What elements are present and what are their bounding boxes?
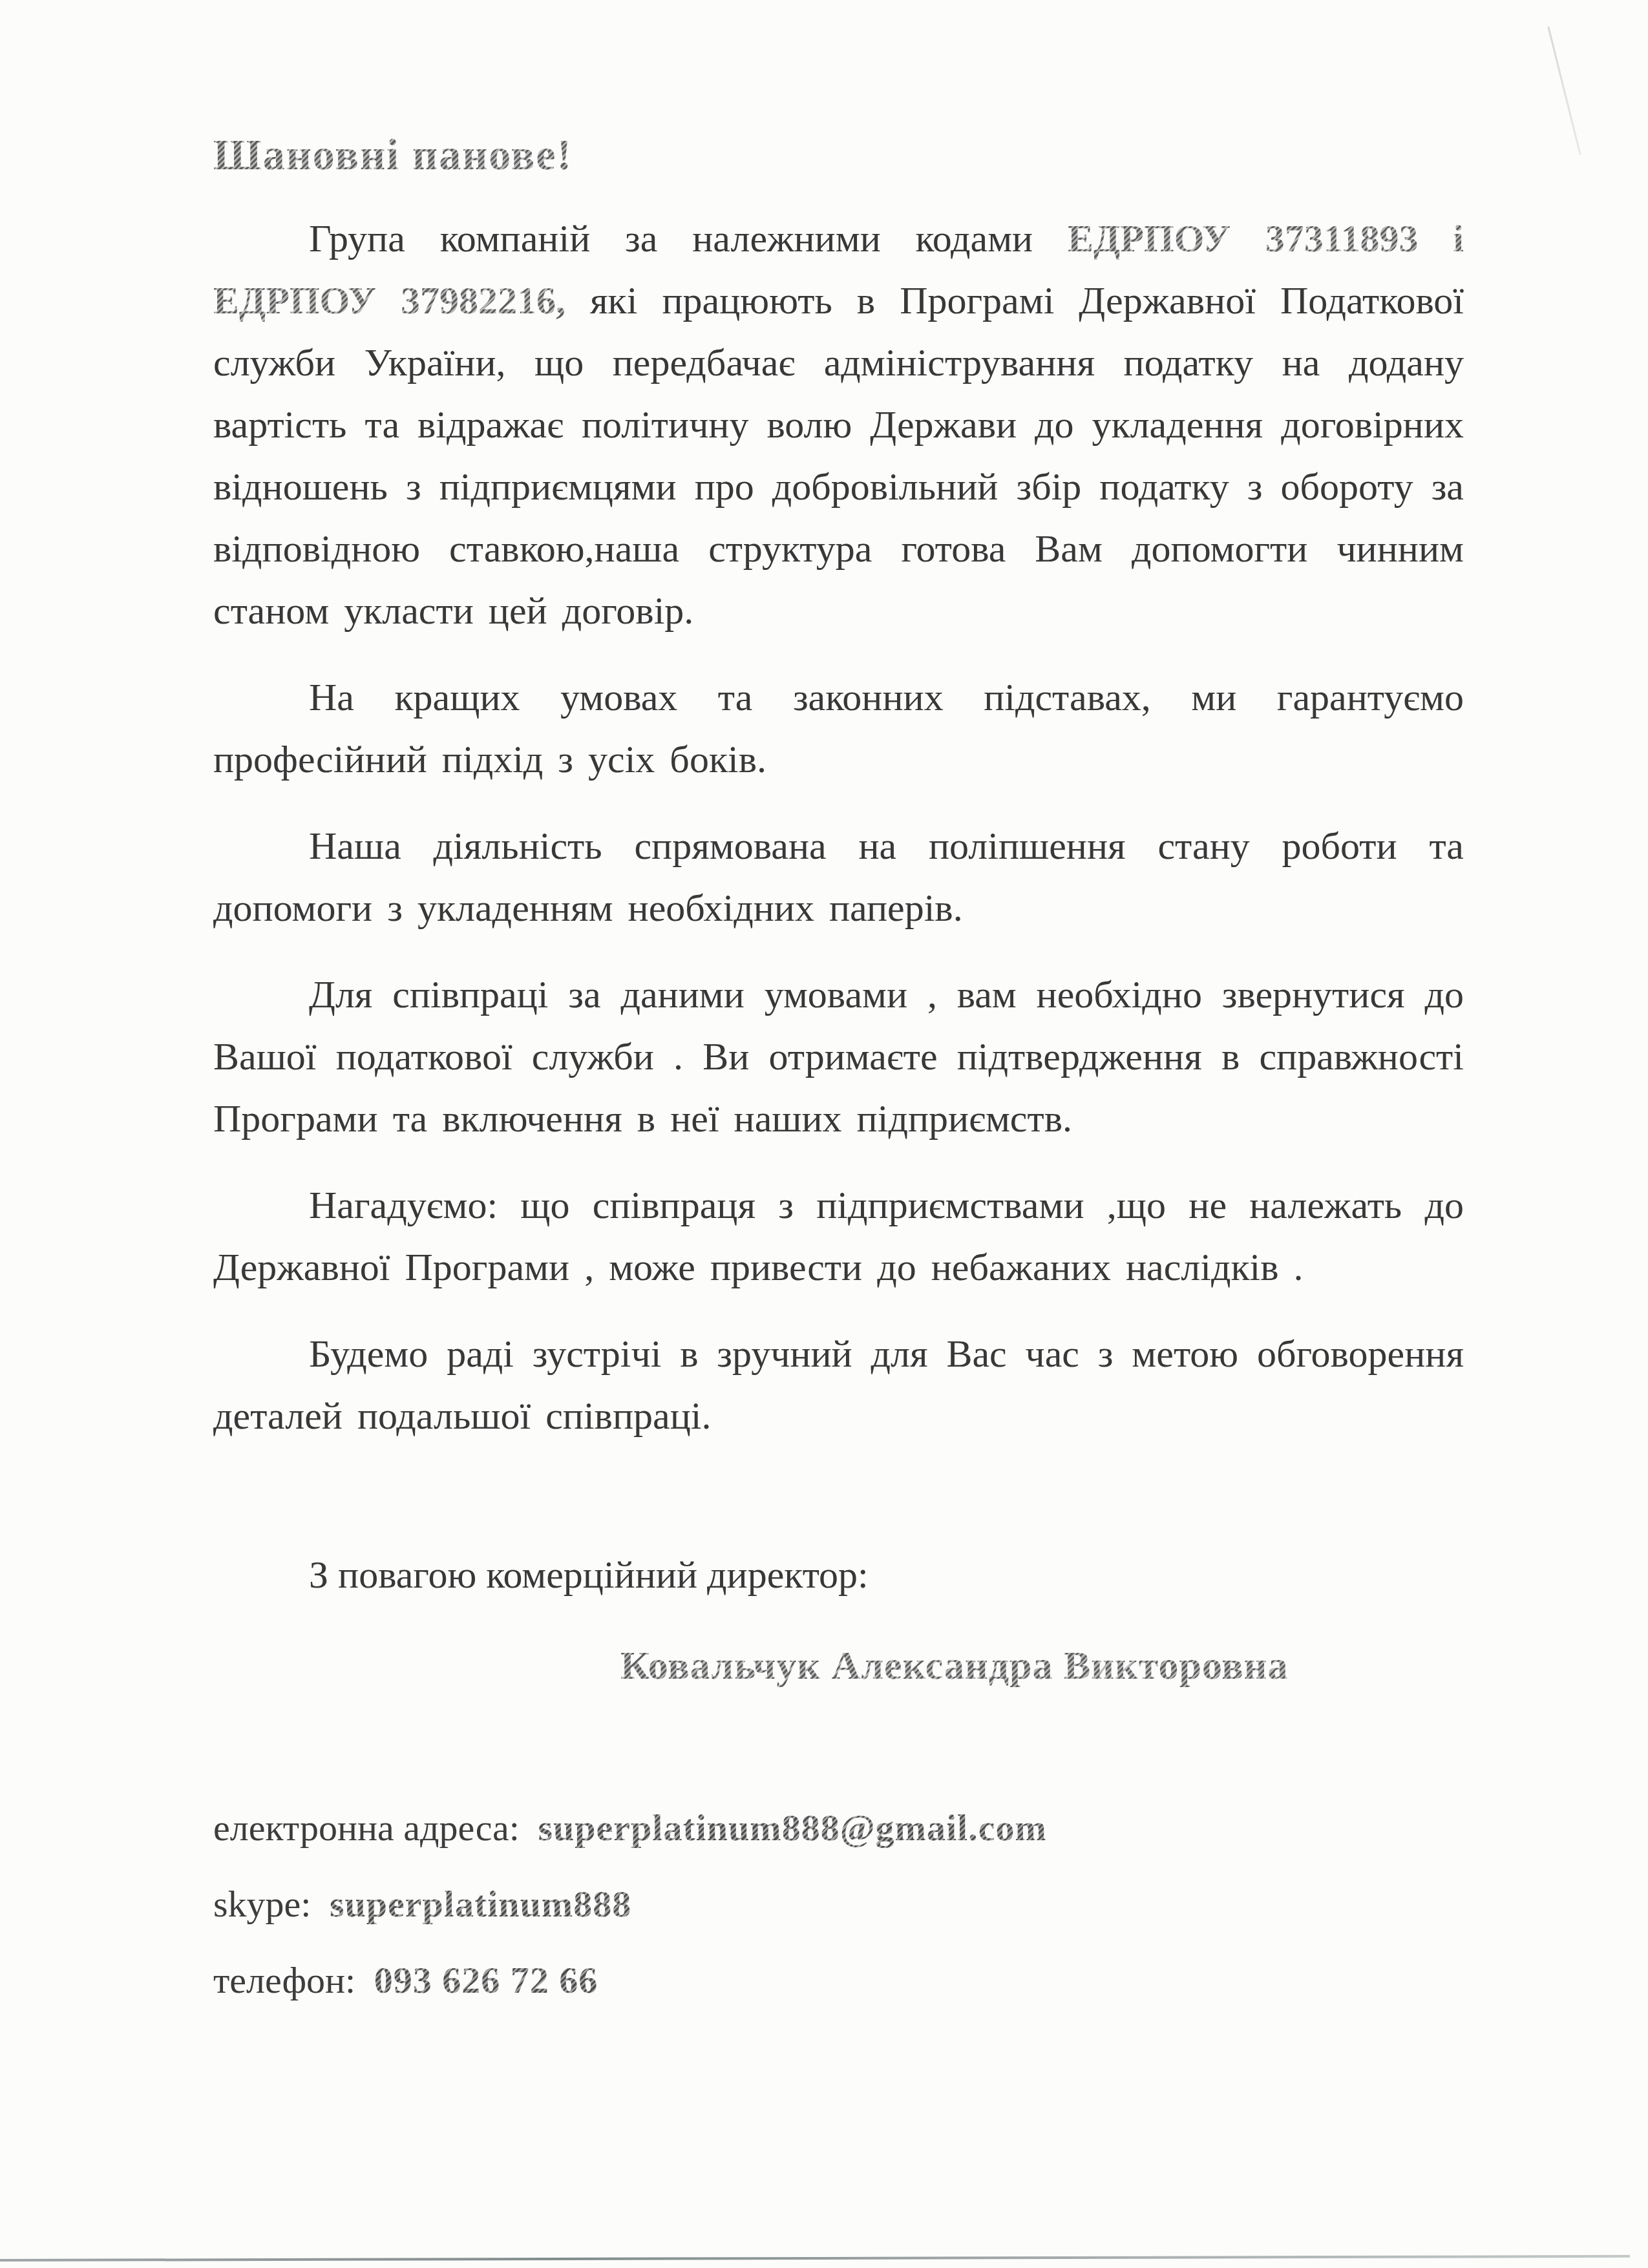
paragraph-cooperation: Для співпраці за даними умовами , вам не… — [213, 963, 1464, 1150]
email-value: superplatinum888@gmail.com — [538, 1807, 1046, 1849]
paragraph-intro-text-end: які працюють в Програмі Державної Податк… — [213, 279, 1464, 632]
signoff-line: З повагою комерційний директор: — [213, 1544, 1464, 1606]
contact-phone-line: телефон: 093 626 72 66 — [213, 1953, 1464, 2008]
contact-skype-line: skype: superplatinum888 — [213, 1876, 1464, 1932]
paragraph-intro-text-start: Група компаній за належними кодами — [309, 217, 1068, 260]
salutation-heading: Шановні панове! — [213, 129, 1464, 180]
contacts-block: електронна адреса: superplatinum888@gmai… — [213, 1800, 1464, 2008]
scanned-letter-page: Шановні панове! Група компаній за належн… — [0, 0, 1648, 2268]
signature-name: Ковальчук Александра Викторовна — [620, 1643, 1464, 1689]
skype-label: skype: — [213, 1883, 311, 1925]
paragraph-intro: Група компаній за належними кодами ЕДРПО… — [213, 207, 1464, 642]
phone-value: 093 626 72 66 — [374, 1959, 598, 2001]
phone-label: телефон: — [213, 1959, 355, 2001]
skype-value: superplatinum888 — [330, 1883, 631, 1925]
contact-email-line: електронна адреса: superplatinum888@gmai… — [213, 1800, 1464, 1856]
paragraph-reminder: Нагадуємо: що співпраця з підприємствами… — [213, 1174, 1464, 1298]
email-label: електронна адреса: — [213, 1807, 520, 1849]
paragraph-meeting: Будемо раді зустрічі в зручний для Вас ч… — [213, 1323, 1464, 1447]
paragraph-guarantee: На кращих умовах та законних підставах, … — [213, 666, 1464, 790]
paragraph-activity: Наша діяльність спрямована на поліпшення… — [213, 815, 1464, 939]
